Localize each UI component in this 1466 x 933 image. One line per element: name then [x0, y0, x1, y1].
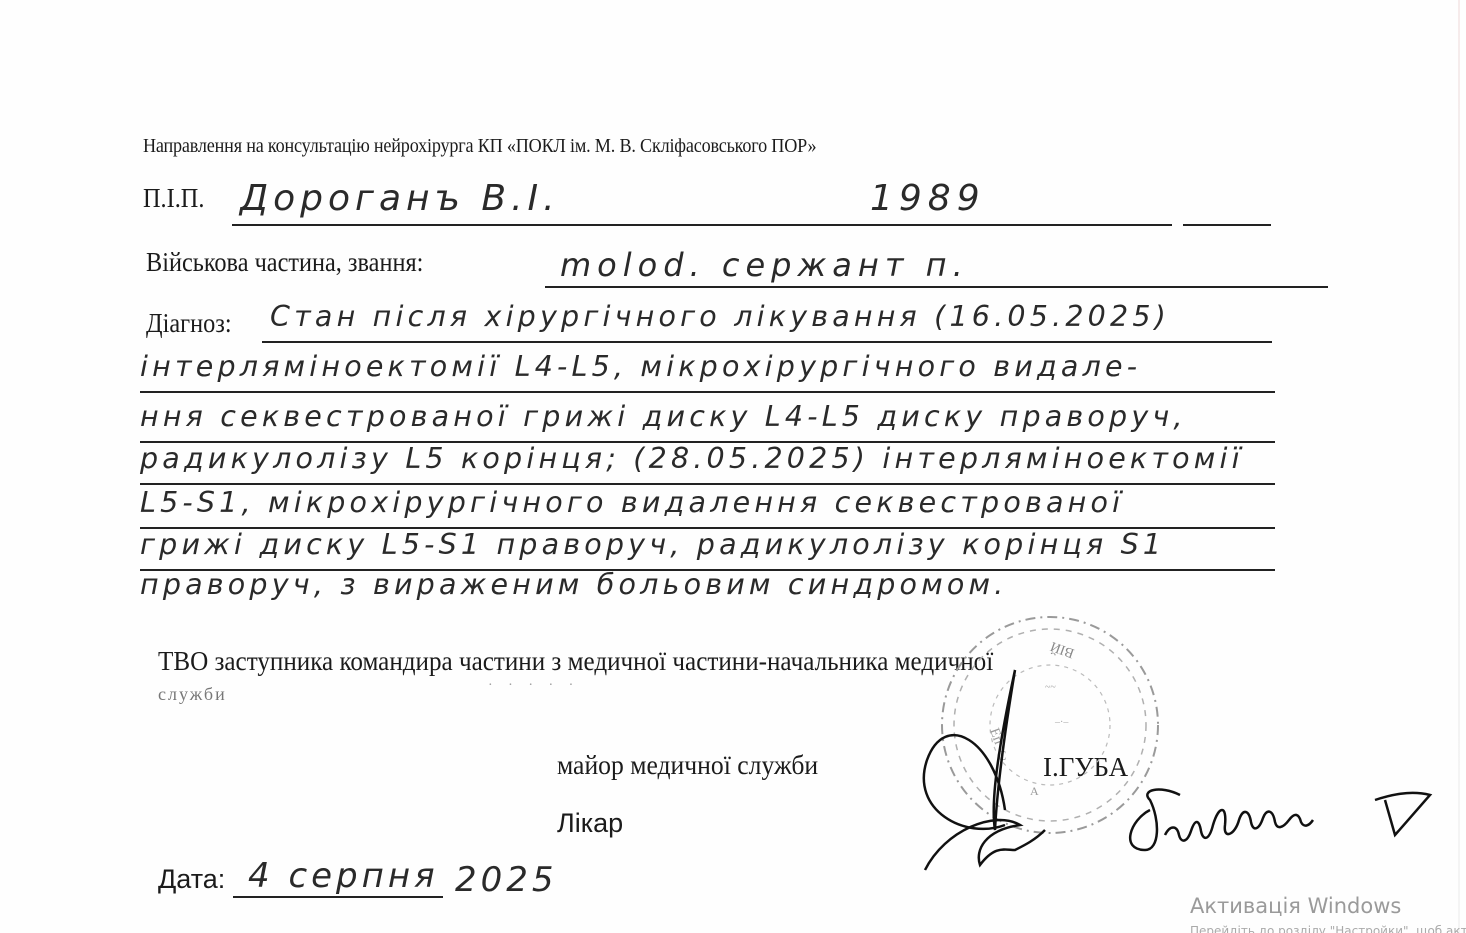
- diagnosis-line: праворуч, з вираженим больовим синдромом…: [140, 568, 1007, 601]
- commander-title: ТВО заступника командира частини з медич…: [158, 646, 993, 677]
- diagnosis-underline: [140, 391, 1275, 393]
- rank-text: майор медичної служби: [557, 750, 818, 781]
- diagnosis-line: інтерляміноектомії L4-L5, мікрохірургічн…: [140, 350, 1141, 383]
- unit-underline: [545, 286, 1328, 288]
- faded-dots: · · · · ·: [488, 678, 579, 694]
- diagnosis-line: Стан після хірургічного лікування (16.05…: [270, 300, 1170, 333]
- unit-label: Військова частина, звання:: [146, 247, 423, 278]
- date-underline: [233, 896, 443, 898]
- name-underline: [232, 224, 1172, 226]
- name-label: П.І.П.: [143, 183, 204, 214]
- name-underline-extra: [1183, 224, 1271, 226]
- diagnosis-line: радикулолізу L5 корінця; (28.05.2025) ін…: [140, 442, 1244, 475]
- scanned-document-page: Направлення на консультацію нейрохірурга…: [0, 0, 1466, 933]
- diagnosis-underline: [140, 483, 1275, 485]
- windows-activation-subtext: Перейдіть до розділу "Настройки", щоб ак…: [1190, 924, 1466, 933]
- date-label: Дата:: [158, 864, 225, 895]
- date-year: 2025: [455, 860, 558, 900]
- windows-activation-watermark: Активація Windows: [1190, 894, 1401, 918]
- commander-signature-icon: [905, 650, 1085, 880]
- diagnosis-label: Діагноз:: [146, 308, 232, 339]
- diagnosis-line: ння секвестрованої грижі диску L4-L5 дис…: [140, 400, 1187, 433]
- doctor-label: Лікар: [557, 808, 623, 839]
- doctor-signature-icon: [1120, 780, 1440, 860]
- birth-year-value: 1989: [870, 178, 986, 219]
- name-value: Дороганъ В.І.: [240, 178, 560, 219]
- commander-title-tail: служби: [158, 684, 227, 705]
- document-title: Направлення на консультацію нейрохірурга…: [143, 136, 816, 158]
- page-edge: [1458, 0, 1460, 933]
- unit-value: molod. сержант п.: [560, 246, 969, 284]
- diagnosis-line: грижі диску L5-S1 праворуч, радикулолізу…: [140, 528, 1165, 561]
- date-value: 4 серпня: [248, 856, 439, 896]
- diagnosis-underline: [262, 341, 1272, 343]
- diagnosis-line: L5-S1, мікрохірургічного видалення секве…: [140, 486, 1124, 519]
